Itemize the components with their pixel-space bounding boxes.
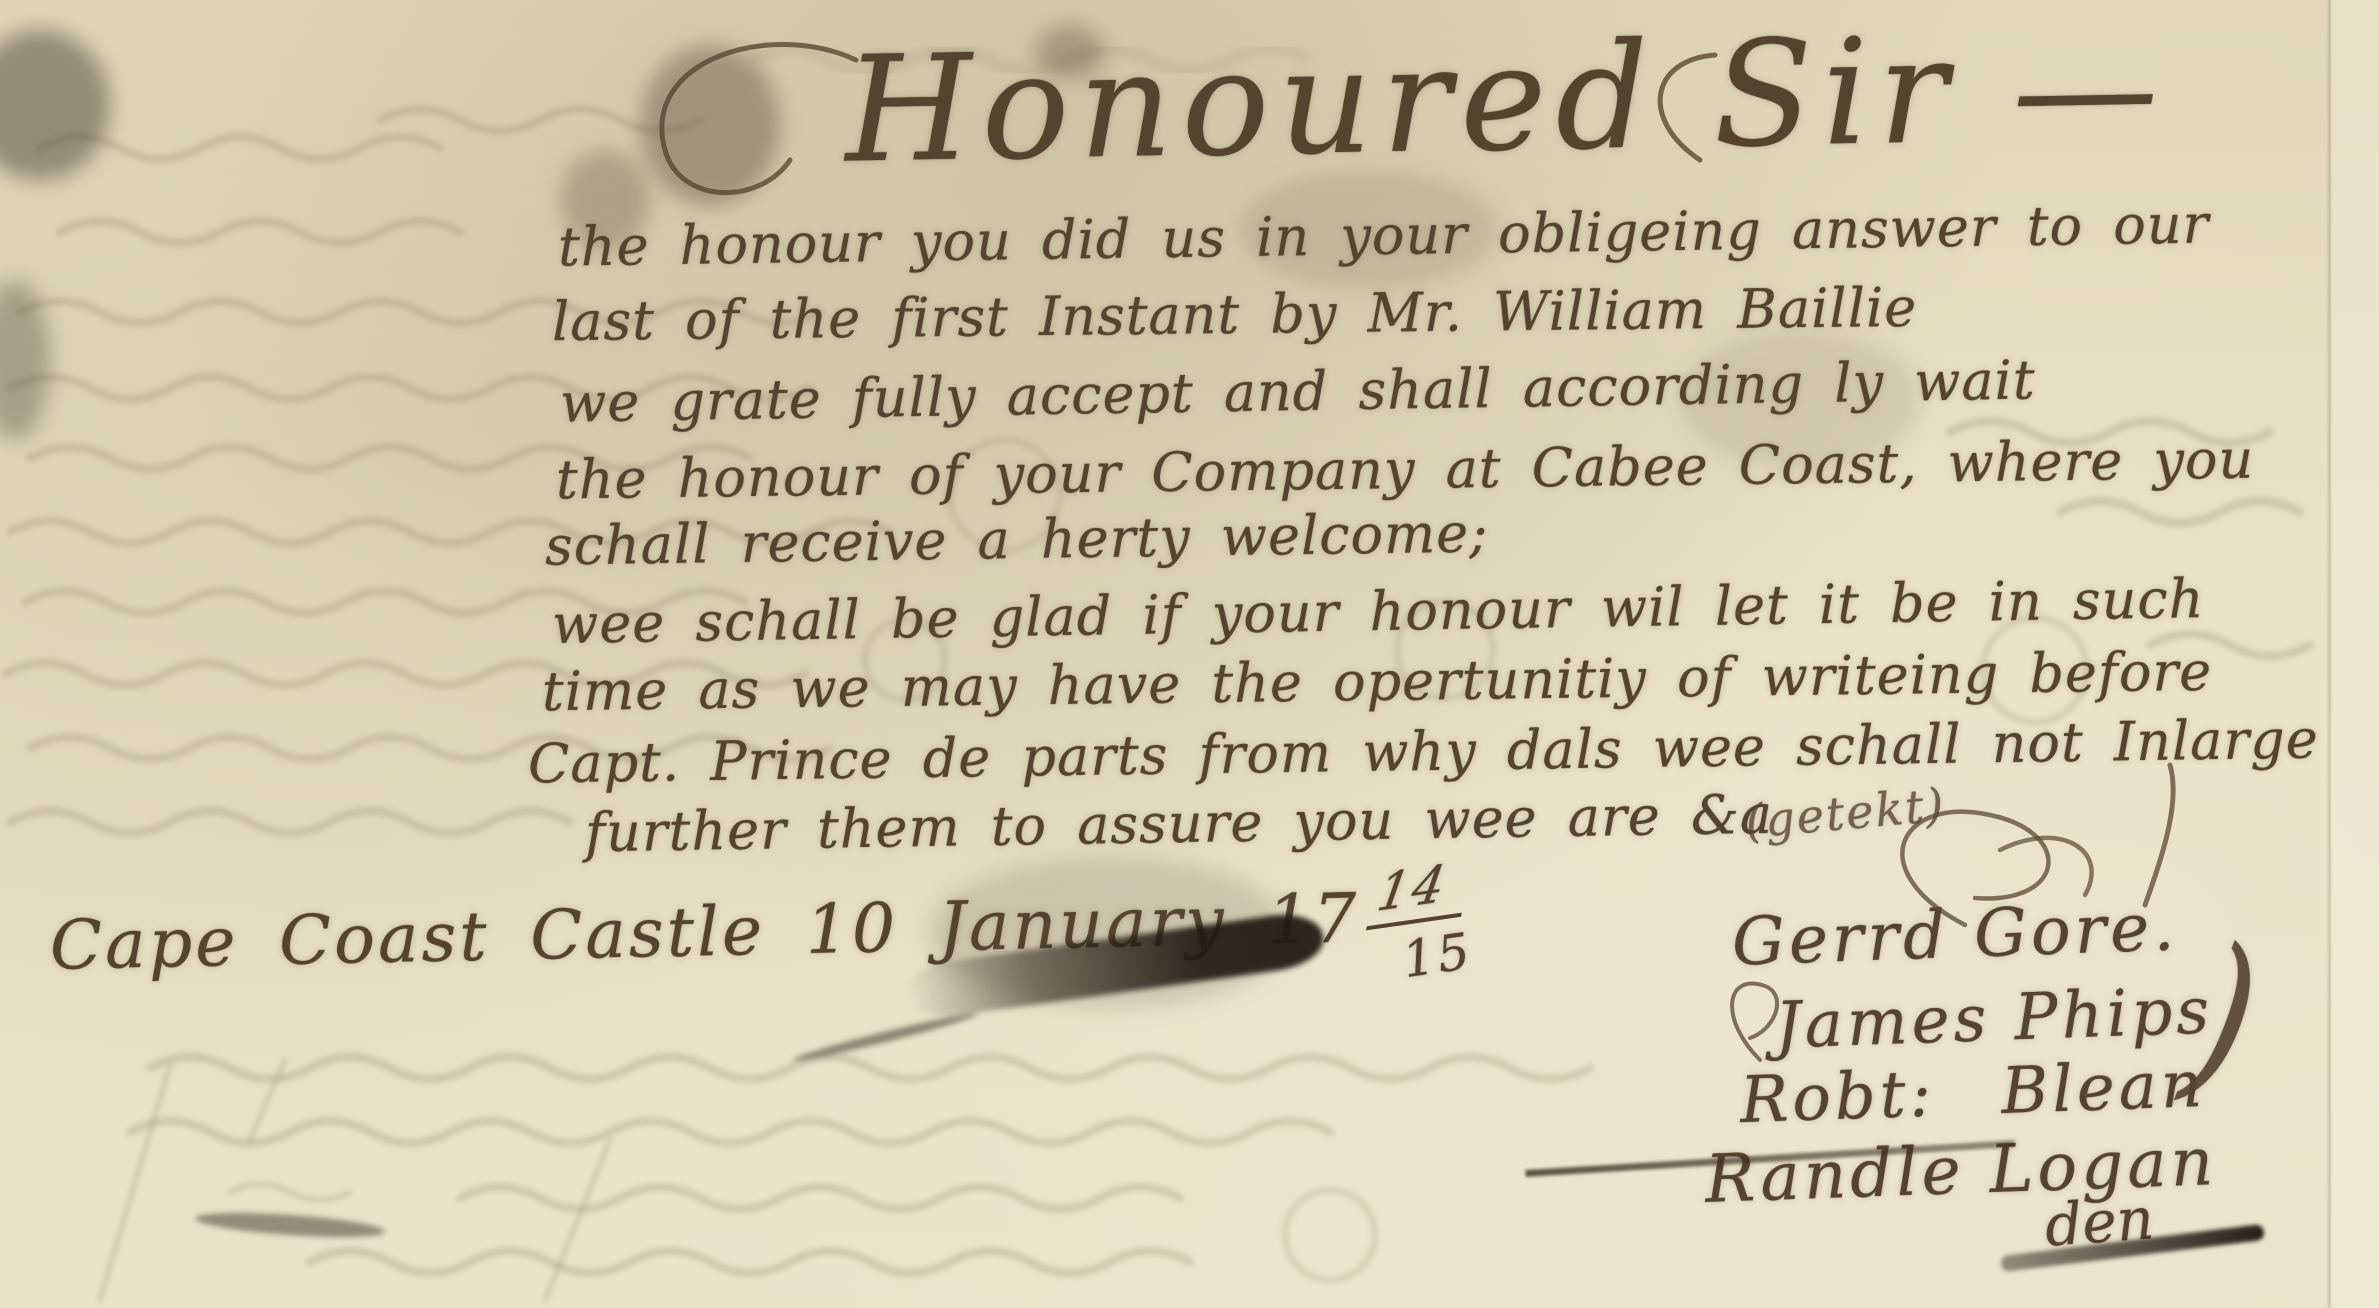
salutation: Honoured Sir — <box>844 2 2169 195</box>
letter-page: Honoured Sir — the honour you did us in … <box>0 0 2379 1308</box>
signature-gerrard-gore: Gerrd Gore. <box>1731 888 2180 981</box>
ink-blot <box>640 45 780 205</box>
paper-fold-strip <box>2331 0 2379 1308</box>
letter-line-5: schall receive a herty welcome; <box>545 501 1489 577</box>
date-year-fraction: 1415 <box>1367 852 1480 992</box>
year-fraction-bottom: 15 <box>1376 915 1480 992</box>
